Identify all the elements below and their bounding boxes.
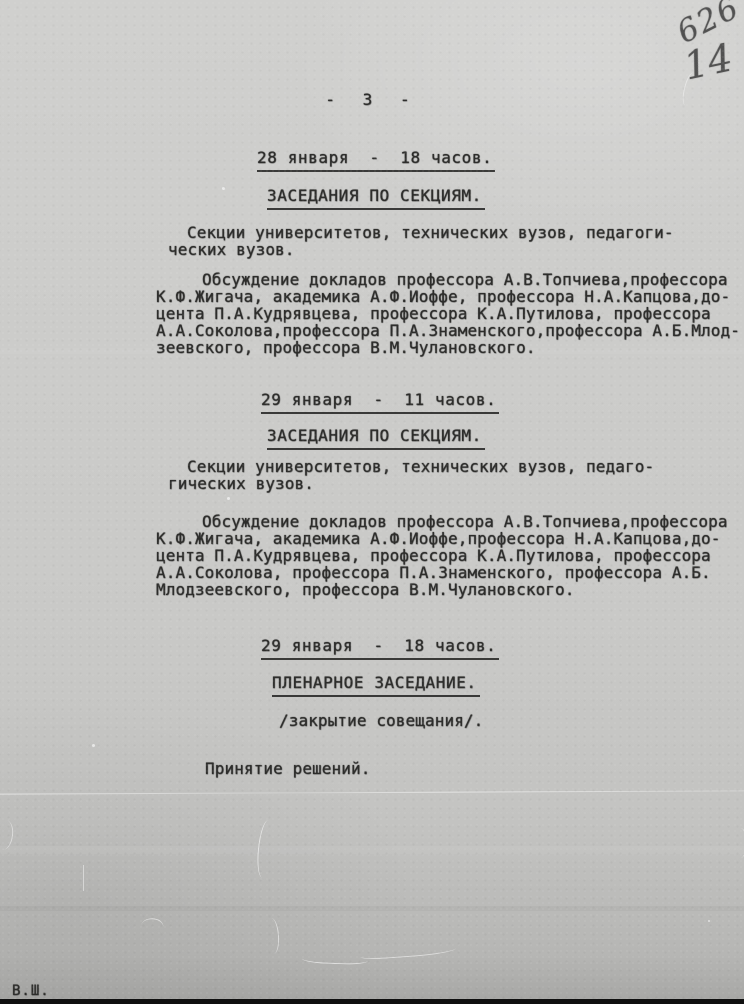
section3-title: ПЛЕНАРНОЕ ЗАСЕДАНИЕ. bbox=[272, 674, 480, 691]
scratch-mark bbox=[734, 828, 744, 858]
scan-band bbox=[0, 906, 744, 911]
scratch-mark bbox=[360, 943, 457, 961]
section2-time-heading-text: 29 января - 11 часов. bbox=[261, 390, 499, 414]
paper-speck bbox=[708, 920, 710, 922]
section3-time-heading: 29 января - 18 часов. bbox=[261, 637, 499, 654]
section1-title: ЗАСЕДАНИЯ ПО СЕКЦИЯМ. bbox=[267, 187, 485, 204]
section1-paragraph-discussion: Обсуждение докладов профессора А.В.Топчи… bbox=[156, 271, 740, 356]
page-number: - 3 - bbox=[0, 91, 744, 108]
section1-time-heading: 28 января - 18 часов. bbox=[257, 149, 495, 166]
section1-title-text: ЗАСЕДАНИЯ ПО СЕКЦИЯМ. bbox=[267, 186, 485, 210]
scratch-mark bbox=[302, 952, 368, 965]
scratch-mark bbox=[0, 819, 15, 851]
scratch-mark bbox=[255, 819, 276, 878]
section2-time-heading: 29 января - 11 часов. bbox=[261, 391, 499, 408]
section2-title-text: ЗАСЕДАНИЯ ПО СЕКЦИЯМ. bbox=[267, 426, 485, 450]
paper-speck bbox=[227, 497, 230, 500]
section1-paragraph-sections-list: Секции университетов, технических вузов,… bbox=[168, 224, 674, 258]
section2-paragraph-sections-list: Секции университетов, технических вузов,… bbox=[168, 458, 654, 492]
paper-speck bbox=[92, 744, 95, 747]
scratch-mark bbox=[265, 918, 280, 955]
section2-paragraph-discussion: Обсуждение докладов профессора А.В.Топчи… bbox=[156, 513, 728, 598]
scratch-mark bbox=[0, 790, 744, 794]
paper-speck bbox=[222, 187, 225, 190]
typist-initials: В.Ш. bbox=[12, 983, 50, 1000]
section1-time-heading-text: 28 января - 18 часов. bbox=[257, 148, 495, 172]
section3-time-heading-text: 29 января - 18 часов. bbox=[261, 636, 499, 660]
section3-paragraph-closing: /закрытие совещания/. bbox=[279, 712, 483, 729]
scan-band bbox=[0, 846, 744, 854]
section3-title-text: ПЛЕНАРНОЕ ЗАСЕДАНИЕ. bbox=[272, 673, 480, 697]
scratch-mark bbox=[139, 916, 164, 938]
scanned-document-page: 626 14 - 3 - 28 января - 18 часов. ЗАСЕД… bbox=[0, 0, 744, 1004]
scan-bottom-edge bbox=[0, 999, 744, 1004]
section2-title: ЗАСЕДАНИЯ ПО СЕКЦИЯМ. bbox=[267, 427, 485, 444]
section3-paragraph-decisions: Принятие решений. bbox=[205, 760, 370, 777]
scratch-mark bbox=[83, 865, 84, 891]
handwritten-sheet-number: 14 bbox=[680, 35, 736, 88]
